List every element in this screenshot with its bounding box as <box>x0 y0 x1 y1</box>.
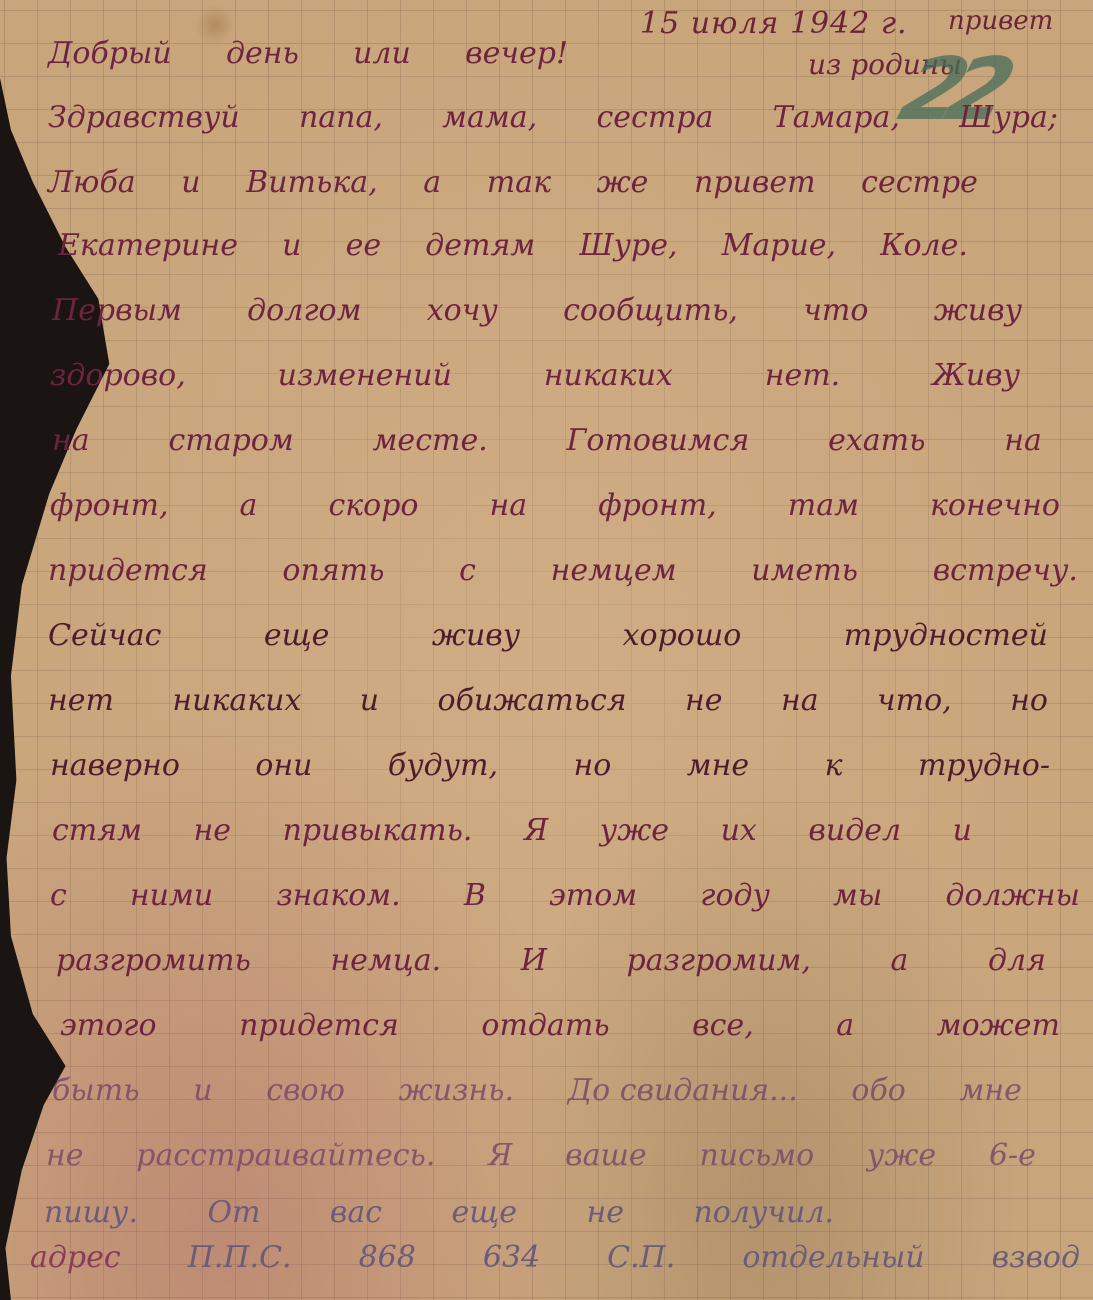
word: И <box>521 943 547 978</box>
word: там <box>788 488 859 523</box>
word: От <box>207 1195 260 1230</box>
word: и <box>181 165 200 200</box>
letter-line: Сейчас еще живу хорошо трудностей <box>48 618 1048 653</box>
word: так <box>487 165 551 200</box>
word: фронт, <box>50 488 169 523</box>
word: 634 <box>483 1240 540 1275</box>
word: или <box>353 36 411 71</box>
word: с <box>459 553 476 588</box>
word: что <box>803 293 868 328</box>
word: сестре <box>861 165 978 200</box>
word: хорошо <box>623 618 742 653</box>
word: адрес <box>30 1240 121 1275</box>
word: видел <box>808 813 901 848</box>
letter-line: этого придется отдать все, а может <box>60 1008 1060 1043</box>
word: ними <box>130 878 213 913</box>
word: и <box>282 228 301 263</box>
word: нет. <box>765 358 841 393</box>
word: хочу <box>427 293 498 328</box>
word: П.П.С. <box>188 1240 292 1275</box>
word: отдельный <box>742 1240 924 1275</box>
word: старом <box>168 423 293 458</box>
word: жизнь. <box>399 1073 514 1108</box>
word: фронт, <box>598 488 717 523</box>
letter-line: Екатерине и ее детям Шуре, Марие, Коле. <box>58 228 968 263</box>
word: году <box>700 878 770 913</box>
letter-line: разгромить немца. И разгромим, а для <box>56 943 1046 978</box>
word: придется <box>239 1008 399 1043</box>
letter-line: нет никаких и обижаться не на что, но <box>48 683 1048 718</box>
word: на <box>781 683 819 718</box>
word: мне <box>687 748 749 783</box>
word: они <box>255 748 312 783</box>
word: а <box>836 1008 854 1043</box>
word: немца. <box>330 943 441 978</box>
word: ваше <box>565 1138 647 1173</box>
word: не <box>587 1195 625 1230</box>
letter-line: быть и свою жизнь. До свидания... обо мн… <box>52 1073 1022 1108</box>
word: конечно <box>930 488 1060 523</box>
letter-line: Здравствуй папа, мама, сестра Тамара, Шу… <box>48 100 1058 135</box>
letter-line: не расстраивайтесь. Я ваше письмо уже 6-… <box>46 1138 1036 1173</box>
word: месте. <box>373 423 488 458</box>
word: быть <box>52 1073 140 1108</box>
word: стям <box>52 813 142 848</box>
word: с <box>50 878 67 913</box>
word: ехать <box>828 423 925 458</box>
word: придется <box>48 553 208 588</box>
word: обижаться <box>438 683 627 718</box>
word: к <box>825 748 843 783</box>
word: еще <box>452 1195 518 1230</box>
letter-line: с ними знаком. В этом году мы должны <box>50 878 1080 913</box>
word: уже <box>867 1138 936 1173</box>
word: Тамара, <box>773 100 900 135</box>
letter-line: на старом месте. Готовимся ехать на <box>52 423 1042 458</box>
letter-line: фронт, а скоро на фронт, там конечно <box>50 488 1060 523</box>
word: Я <box>524 813 548 848</box>
word: трудно- <box>918 748 1050 783</box>
word: нет <box>48 683 114 718</box>
word: и <box>360 683 379 718</box>
word: получил. <box>693 1195 834 1230</box>
word: должны <box>945 878 1079 913</box>
word: Шуре, <box>579 228 677 263</box>
letter-line: Добрый день или вечер! <box>48 36 568 71</box>
word: не <box>685 683 723 718</box>
word: долгом <box>247 293 361 328</box>
word: встречу. <box>933 553 1078 588</box>
word: живу <box>934 293 1022 328</box>
word: может <box>937 1008 1060 1043</box>
letter-line: пишу. От вас еще не получил. <box>44 1195 834 1230</box>
word: Готовимся <box>567 423 750 458</box>
letter-body: Добрый день или вечер! Здравствуй папа, … <box>0 0 1093 1300</box>
word: день <box>226 36 299 71</box>
word: Витька, <box>246 165 377 200</box>
word: Сейчас <box>48 618 161 653</box>
word: Екатерине <box>58 228 238 263</box>
word: скоро <box>328 488 418 523</box>
letter-line: Первым долгом хочу сообщить, что живу <box>52 293 1022 328</box>
letter-line: придется опять с немцем иметь встречу. <box>48 553 1078 588</box>
word: привет <box>694 165 816 200</box>
word: не <box>194 813 232 848</box>
word: на <box>52 423 90 458</box>
word: а <box>240 488 258 523</box>
word: уже <box>600 813 669 848</box>
word: еще <box>264 618 330 653</box>
word: обо <box>851 1073 905 1108</box>
word: 868 <box>359 1240 416 1275</box>
word: вас <box>330 1195 382 1230</box>
word: будут, <box>388 748 498 783</box>
word: мы <box>833 878 882 913</box>
word: на <box>490 488 528 523</box>
word: но <box>573 748 611 783</box>
word: свою <box>266 1073 345 1108</box>
letter-line: наверно они будут, но мне к трудно- <box>50 748 1050 783</box>
word: их <box>721 813 757 848</box>
word: же <box>597 165 649 200</box>
word: опять <box>282 553 384 588</box>
word: отдать <box>481 1008 609 1043</box>
word: разгромим, <box>626 943 810 978</box>
word: все, <box>692 1008 754 1043</box>
word: немцем <box>551 553 677 588</box>
letter-line: Люба и Витька, а так же привет сестре <box>48 165 978 200</box>
word: иметь <box>751 553 858 588</box>
word: и <box>953 813 972 848</box>
word: расстраивайтесь. <box>136 1138 435 1173</box>
word: наверно <box>50 748 180 783</box>
word: Люба <box>48 165 136 200</box>
word: письмо <box>699 1138 814 1173</box>
word: Живу <box>932 358 1020 393</box>
word: сообщить, <box>563 293 738 328</box>
word: этом <box>549 878 637 913</box>
word: знаком. <box>276 878 400 913</box>
word: этого <box>60 1008 157 1043</box>
word: на <box>1004 423 1042 458</box>
word: никаких <box>544 358 673 393</box>
word: привыкать. <box>283 813 473 848</box>
word: Первым <box>52 293 182 328</box>
word: трудностей <box>844 618 1048 653</box>
word: и <box>193 1073 212 1108</box>
word: Я <box>488 1138 512 1173</box>
word: 6-е <box>989 1138 1036 1173</box>
word: Марие, <box>722 228 836 263</box>
word: В <box>464 878 486 913</box>
word: До свидания... <box>568 1073 798 1108</box>
word: изменений <box>278 358 452 393</box>
address-line: адрес П.П.С. 868 634 С.П. отдельный взво… <box>30 1240 1080 1275</box>
word: мама, <box>442 100 537 135</box>
word: разгромить <box>56 943 251 978</box>
word: здорово, <box>50 358 186 393</box>
word: Здравствуй <box>48 100 240 135</box>
word: С.П. <box>607 1240 675 1275</box>
word: для <box>988 943 1046 978</box>
word: детям <box>425 228 535 263</box>
word: ее <box>346 228 382 263</box>
word: мне <box>960 1073 1022 1108</box>
word: никаких <box>172 683 301 718</box>
word: но <box>1010 683 1048 718</box>
word: Добрый <box>48 36 172 71</box>
word: не <box>46 1138 84 1173</box>
word: Коле. <box>880 228 968 263</box>
word: что, <box>877 683 952 718</box>
letter-line: стям не привыкать. Я уже их видел и <box>52 813 972 848</box>
word: сестра <box>596 100 713 135</box>
word: живу <box>432 618 520 653</box>
word: пишу. <box>44 1195 138 1230</box>
word: а <box>423 165 441 200</box>
word: Шура; <box>959 100 1058 135</box>
word: вечер! <box>465 36 568 71</box>
word: папа, <box>299 100 383 135</box>
word: взвод <box>992 1240 1080 1275</box>
word: а <box>891 943 909 978</box>
letter-line: здорово, изменений никаких нет. Живу <box>50 358 1020 393</box>
